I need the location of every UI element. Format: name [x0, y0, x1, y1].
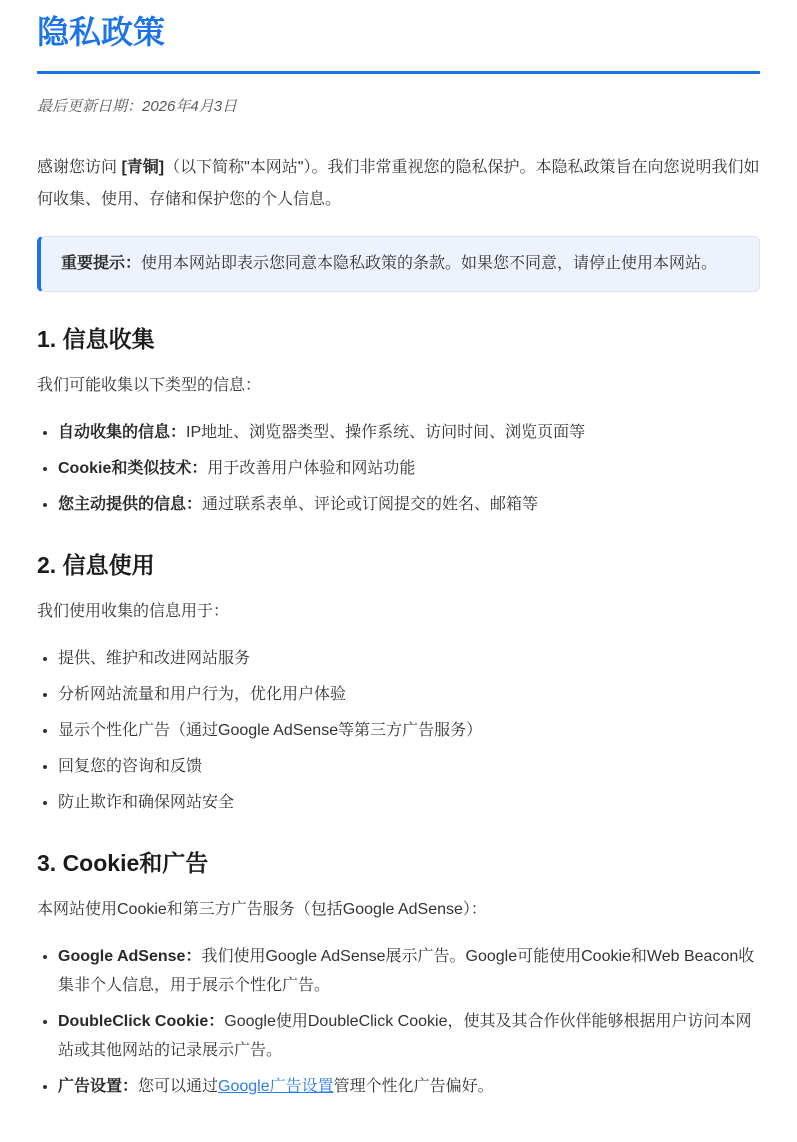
list-item: 回复您的咨询和反馈 — [58, 752, 760, 781]
list-item-text: IP地址、浏览器类型、操作系统、访问时间、浏览页面等 — [186, 424, 585, 441]
intro-text-pre: 感谢您访问 — [37, 159, 121, 176]
section-heading: 3. Cookie和广告 — [37, 848, 760, 879]
list-item-text: 显示个性化广告（通过Google AdSense等第三方广告服务） — [58, 722, 482, 739]
section-lead: 本网站使用Cookie和第三方广告服务（包括Google AdSense）： — [37, 895, 760, 925]
page-title: 隐私政策 — [37, 12, 760, 54]
list-item-label: Google AdSense： — [58, 948, 201, 965]
notice-text: 使用本网站即表示您同意本隐私政策的条款。如果您不同意，请停止使用本网站。 — [141, 255, 717, 272]
intro-paragraph: 感谢您访问 [青铜]（以下简称"本网站"）。我们非常重视您的隐私保护。本隐私政策… — [37, 152, 760, 216]
list-item-text-post: 管理个性化广告偏好。 — [334, 1078, 494, 1095]
list-item: 防止欺诈和确保网站安全 — [58, 788, 760, 817]
section-heading: 2. 信息使用 — [37, 550, 760, 581]
list-item: DoubleClick Cookie：Google使用DoubleClick C… — [58, 1007, 760, 1065]
list-item: Google AdSense：我们使用Google AdSense展示广告。Go… — [58, 942, 760, 1000]
section-information-use: 2. 信息使用 我们使用收集的信息用于： 提供、维护和改进网站服务 分析网站流量… — [37, 550, 760, 817]
list-item: 您主动提供的信息：通过联系表单、评论或订阅提交的姓名、邮箱等 — [58, 490, 760, 519]
list-item-text: 提供、维护和改进网站服务 — [58, 650, 250, 667]
list-item: 显示个性化广告（通过Google AdSense等第三方广告服务） — [58, 716, 760, 745]
list-item-text: 回复您的咨询和反馈 — [58, 758, 202, 775]
title-divider — [37, 71, 760, 74]
section-heading: 1. 信息收集 — [37, 324, 760, 355]
site-name: [青铜] — [121, 159, 164, 176]
list-item-text: 通过联系表单、评论或订阅提交的姓名、邮箱等 — [202, 496, 538, 513]
list-item-text: 分析网站流量和用户行为，优化用户体验 — [58, 686, 346, 703]
section-lead: 我们使用收集的信息用于： — [37, 597, 760, 627]
list-item-label: 自动收集的信息： — [58, 424, 186, 441]
last-updated-date: 最后更新日期：2026年4月3日 — [37, 96, 760, 119]
bullet-list: Google AdSense：我们使用Google AdSense展示广告。Go… — [37, 942, 760, 1101]
notice-label: 重要提示： — [61, 255, 141, 272]
list-item: 分析网站流量和用户行为，优化用户体验 — [58, 680, 760, 709]
list-item-text: 用于改善用户体验和网站功能 — [207, 460, 415, 477]
list-item-label: 广告设置： — [58, 1078, 138, 1095]
list-item: 自动收集的信息：IP地址、浏览器类型、操作系统、访问时间、浏览页面等 — [58, 418, 760, 447]
list-item: 广告设置：您可以通过Google广告设置管理个性化广告偏好。 — [58, 1072, 760, 1101]
important-notice-callout: 重要提示：使用本网站即表示您同意本隐私政策的条款。如果您不同意，请停止使用本网站… — [37, 236, 760, 292]
list-item: 提供、维护和改进网站服务 — [58, 644, 760, 673]
bullet-list: 自动收集的信息：IP地址、浏览器类型、操作系统、访问时间、浏览页面等 Cooki… — [37, 418, 760, 519]
list-item-label: DoubleClick Cookie： — [58, 1013, 224, 1030]
bullet-list: 提供、维护和改进网站服务 分析网站流量和用户行为，优化用户体验 显示个性化广告（… — [37, 644, 760, 817]
list-item: Cookie和类似技术：用于改善用户体验和网站功能 — [58, 454, 760, 483]
section-lead: 我们可能收集以下类型的信息： — [37, 371, 760, 401]
list-item-label: 您主动提供的信息： — [58, 496, 202, 513]
list-item-label: Cookie和类似技术： — [58, 460, 207, 477]
google-ads-settings-link[interactable]: Google广告设置 — [218, 1078, 334, 1095]
section-cookies-and-ads: 3. Cookie和广告 本网站使用Cookie和第三方广告服务（包括Googl… — [37, 848, 760, 1101]
list-item-text: 防止欺诈和确保网站安全 — [58, 794, 234, 811]
section-information-collection: 1. 信息收集 我们可能收集以下类型的信息： 自动收集的信息：IP地址、浏览器类… — [37, 324, 760, 519]
privacy-policy-page: 隐私政策 最后更新日期：2026年4月3日 感谢您访问 [青铜]（以下简称"本网… — [0, 0, 797, 1142]
list-item-text-pre: 您可以通过 — [138, 1078, 218, 1095]
